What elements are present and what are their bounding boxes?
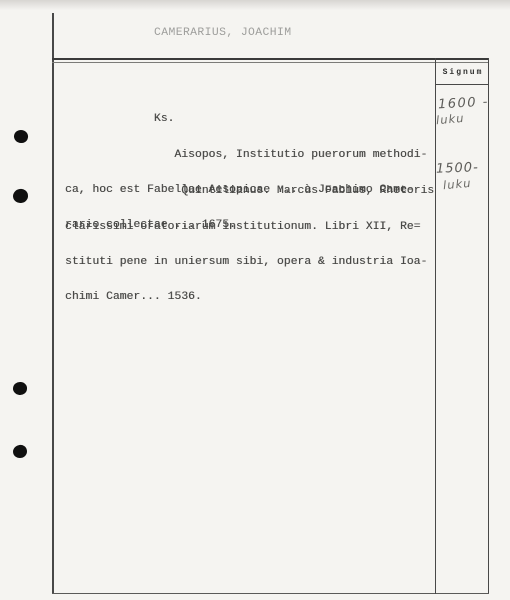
entry-line: chimi Camer... 1536. xyxy=(65,292,434,304)
signum-note-word: luku xyxy=(442,176,472,192)
card-top-rule-inner xyxy=(52,62,489,63)
signum-note-period: 1600 - xyxy=(438,95,490,113)
signum-column-header: Signum xyxy=(436,62,488,83)
entry-line: Ks. xyxy=(65,114,427,126)
punch-hole xyxy=(12,381,27,395)
signum-header-underline xyxy=(435,84,489,85)
entry-line: clarissimi oratoriarum institutionum. Li… xyxy=(65,222,434,234)
punch-hole xyxy=(13,129,29,145)
entry-line: Aisopos, Institutio puerorum methodi- xyxy=(65,150,427,162)
signum-note-word: luku xyxy=(435,111,465,127)
signum-note-period: 1500- xyxy=(436,160,479,176)
card-right-rule xyxy=(488,58,489,594)
entry-line: stituti pene in uniersum sibi, opera & i… xyxy=(65,257,434,269)
scan-artifact-band xyxy=(0,0,510,10)
punch-hole xyxy=(12,444,28,459)
card-bottom-rule xyxy=(52,593,489,594)
catalog-entry-quintilianus: Quintilianus. Marcus Fabius, Rhetoris cl… xyxy=(65,163,434,327)
card-left-rule xyxy=(52,13,54,594)
catalog-card-scan: CAMERARIUS, JOACHIM Signum Ks. Aisopos, … xyxy=(0,0,510,600)
card-top-rule-outer xyxy=(52,58,489,60)
entry-line: Quintilianus. Marcus Fabius, Rhetoris xyxy=(65,186,434,198)
signum-column-divider xyxy=(435,58,436,594)
punch-hole xyxy=(12,188,29,204)
page-title: CAMERARIUS, JOACHIM xyxy=(154,27,291,39)
